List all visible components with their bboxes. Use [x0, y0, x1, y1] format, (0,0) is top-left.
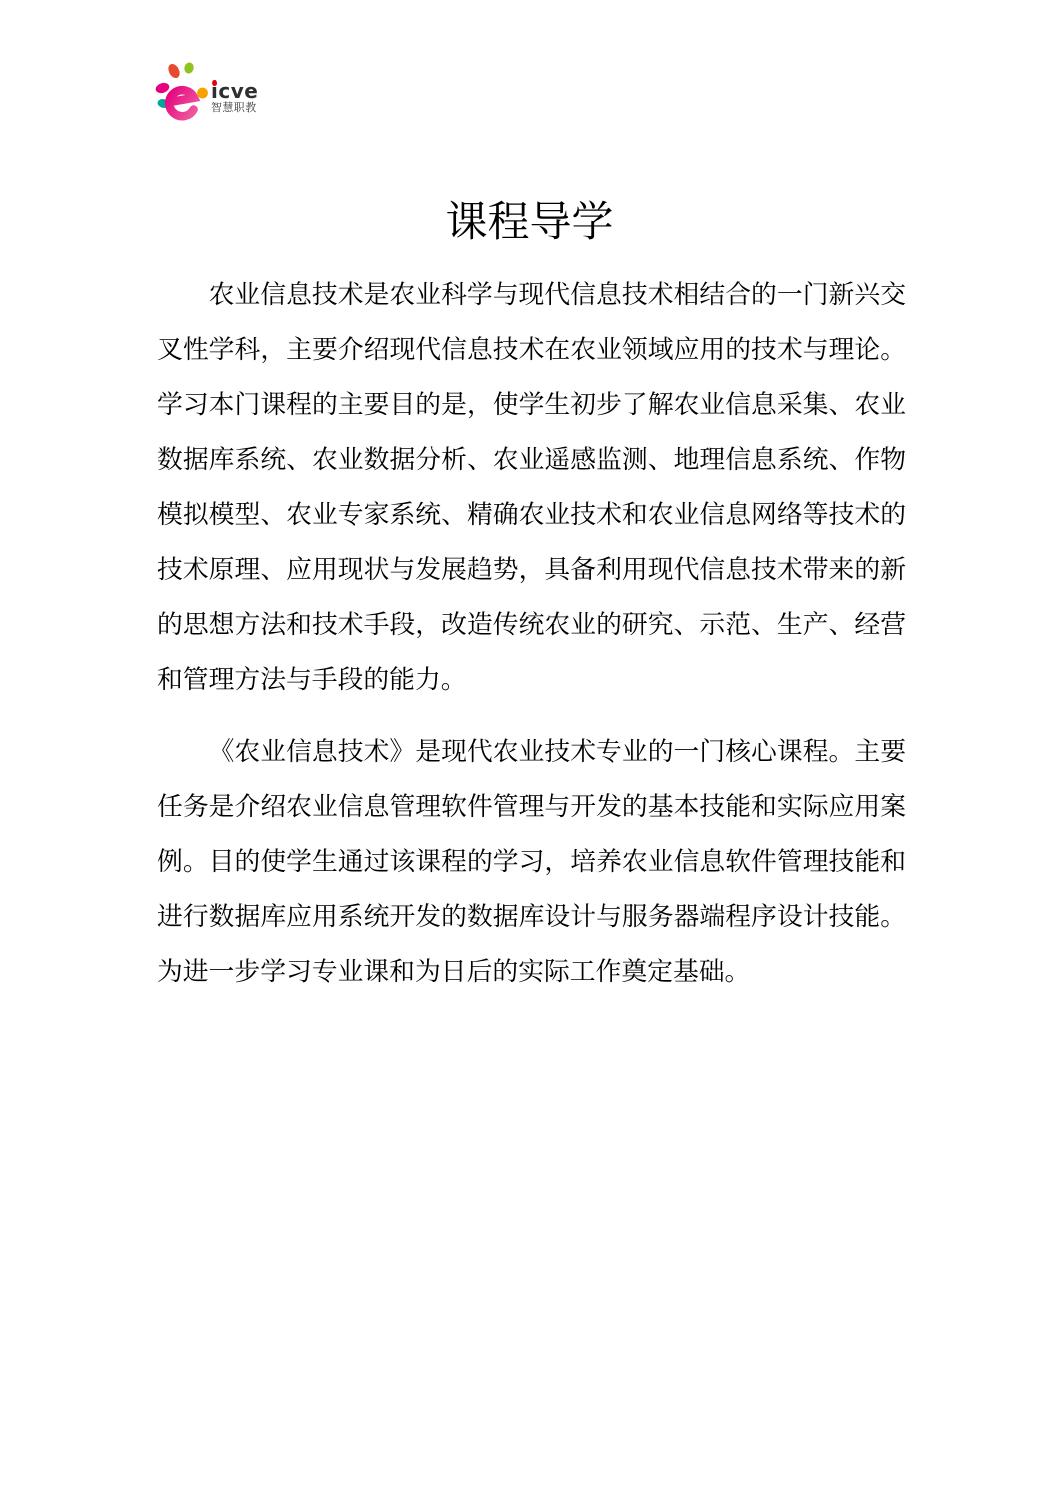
petal-magenta — [155, 81, 171, 94]
document-page: icve 智慧职教 课程导学 农业信息技术是农业科学与现代信息技术相结合的一门新… — [0, 0, 1059, 1497]
petal-red — [166, 62, 182, 80]
icve-flower-icon — [155, 60, 208, 122]
document-body: 农业信息技术是农业科学与现代信息技术相结合的一门新兴交叉性学科，主要介绍现代信息… — [157, 267, 906, 1016]
logo-brand-icve: icve — [211, 82, 258, 100]
page-title: 课程导学 — [0, 196, 1059, 250]
paragraph-course-intro: 农业信息技术是农业科学与现代信息技术相结合的一门新兴交叉性学科，主要介绍现代信息… — [157, 267, 906, 707]
e-swirl — [167, 88, 197, 118]
petal-green — [183, 61, 195, 74]
petal-orange — [197, 88, 208, 99]
icve-logo: icve 智慧职教 — [155, 60, 265, 124]
paragraph-course-role: 《农业信息技术》是现代农业技术专业的一门核心课程。主要任务是介绍农业信息管理软件… — [157, 724, 906, 999]
logo-text-block: icve 智慧职教 — [211, 82, 258, 114]
logo-brand-label: icve — [211, 79, 258, 103]
